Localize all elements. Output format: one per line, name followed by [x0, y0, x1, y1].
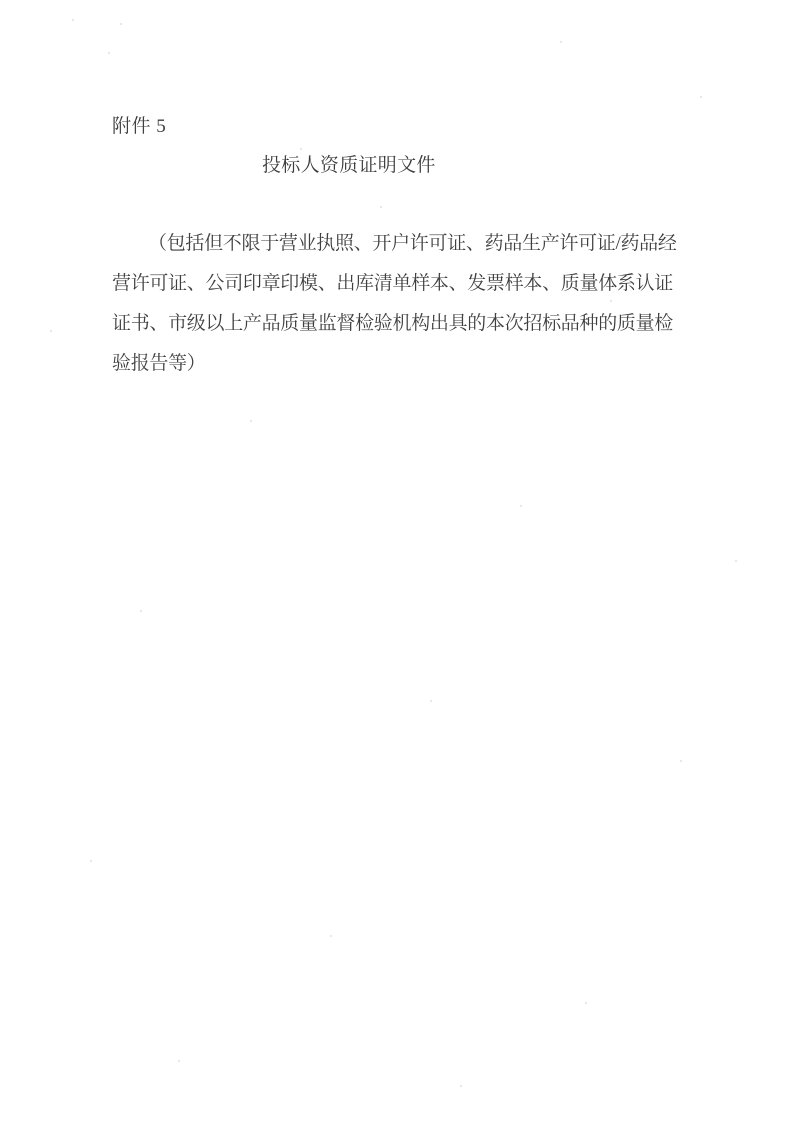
scan-speckle	[430, 700, 432, 702]
scan-speckle	[330, 935, 332, 937]
scan-speckle	[520, 505, 522, 507]
scan-speckle	[90, 860, 92, 862]
scan-speckle	[680, 760, 682, 762]
scan-speckle	[735, 560, 737, 562]
paragraph-line-2: 营许可证、公司印章印模、出库清单样本、发票样本、质量体系认证	[112, 264, 674, 304]
scan-speckle	[700, 96, 702, 98]
qualification-paragraph: （包括但不限于营业执照、开户许可证、药品生产许可证/药品经 营许可证、公司印章印…	[112, 224, 674, 384]
scan-speckle	[380, 206, 382, 208]
scan-speckle	[178, 1060, 180, 1062]
paragraph-line-4: 验报告等）	[112, 344, 674, 384]
scan-speckle	[300, 148, 302, 150]
attachment-number-label: 附件 5	[112, 114, 166, 140]
scan-speckle	[560, 41, 562, 43]
scan-speckle	[460, 1085, 462, 1087]
scan-speckle	[585, 1002, 587, 1004]
scan-speckle	[120, 23, 122, 25]
scan-speckle	[108, 52, 110, 54]
scan-speckle	[72, 19, 74, 21]
paragraph-line-3: 证书、市级以上产品质量监督检验机构出具的本次招标品种的质量检	[112, 304, 674, 344]
scan-speckle	[140, 610, 142, 612]
scan-speckle	[50, 330, 52, 332]
document-title: 投标人资质证明文件	[262, 152, 436, 179]
scan-speckle	[250, 420, 252, 422]
paragraph-line-1: （包括但不限于营业执照、开户许可证、药品生产许可证/药品经	[112, 224, 674, 264]
scan-speckle	[610, 300, 612, 302]
scanned-document-page: 附件 5 投标人资质证明文件 （包括但不限于营业执照、开户许可证、药品生产许可证…	[0, 0, 793, 1122]
